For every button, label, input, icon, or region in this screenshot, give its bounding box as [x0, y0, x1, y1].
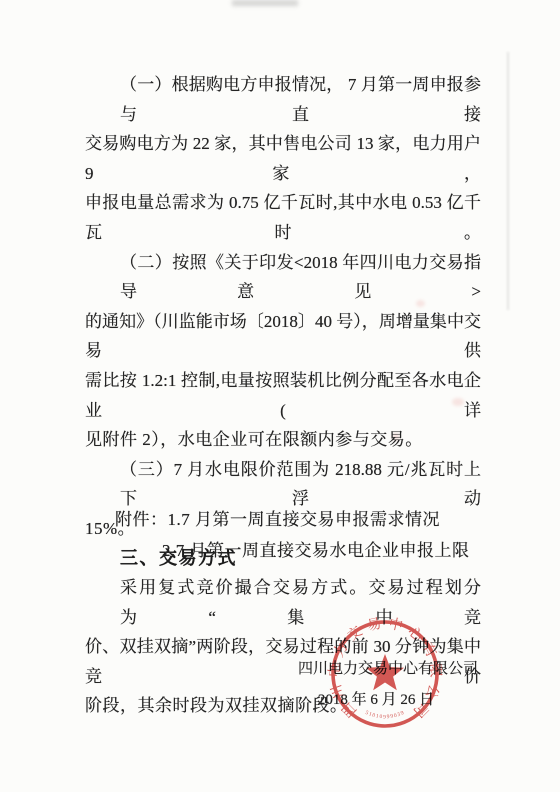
- signature-date: 2018 年 6 月 26 日: [296, 688, 456, 709]
- paragraph-line: （二）按照《关于印发<2018 年四川电力交易指导意见>: [85, 248, 481, 307]
- signature-company: 四川电力交易中心有限公司: [0, 657, 478, 678]
- paragraph-line: 见附件 2），水电企业可在限额内参与交易。: [85, 425, 481, 455]
- body-text: （一）根据购电方申报情况， 7 月第一周申报参与直接 交易购电方为 22 家，其…: [85, 70, 481, 721]
- attachment-item: 2.7 月第一周直接交易水电企业申报上限: [85, 536, 505, 567]
- paragraph-line: 交易购电方为 22 家，其中售电公司 13 家，电力用户 9 家，: [85, 129, 481, 188]
- scan-edge-shadow: [507, 52, 509, 310]
- paragraph-line: 采用复式竞价撮合交易方式。交易过程划分为“集中竞: [85, 573, 481, 632]
- paragraph-line: （一）根据购电方申报情况， 7 月第一周申报参与直接: [85, 70, 481, 129]
- attachment-item: 附件：1.7 月第一周直接交易申报需求情况: [85, 505, 505, 536]
- attachments-list: 附件：1.7 月第一周直接交易申报需求情况 2.7 月第一周直接交易水电企业申报…: [85, 505, 505, 566]
- paragraph-line: 申报电量总需求为 0.75 亿千瓦时,其中水电 0.53 亿千瓦时。: [85, 188, 481, 247]
- scan-smudge: [232, 0, 298, 6]
- document-page: （一）根据购电方申报情况， 7 月第一周申报参与直接 交易购电方为 22 家，其…: [0, 0, 560, 792]
- paragraph-line: 的通知》（川监能市场〔2018〕40 号），周增量集中交易供: [85, 307, 481, 366]
- paragraph-line: 需比按 1.2:1 控制,电量按照装机比例分配至各水电企业(详: [85, 366, 481, 425]
